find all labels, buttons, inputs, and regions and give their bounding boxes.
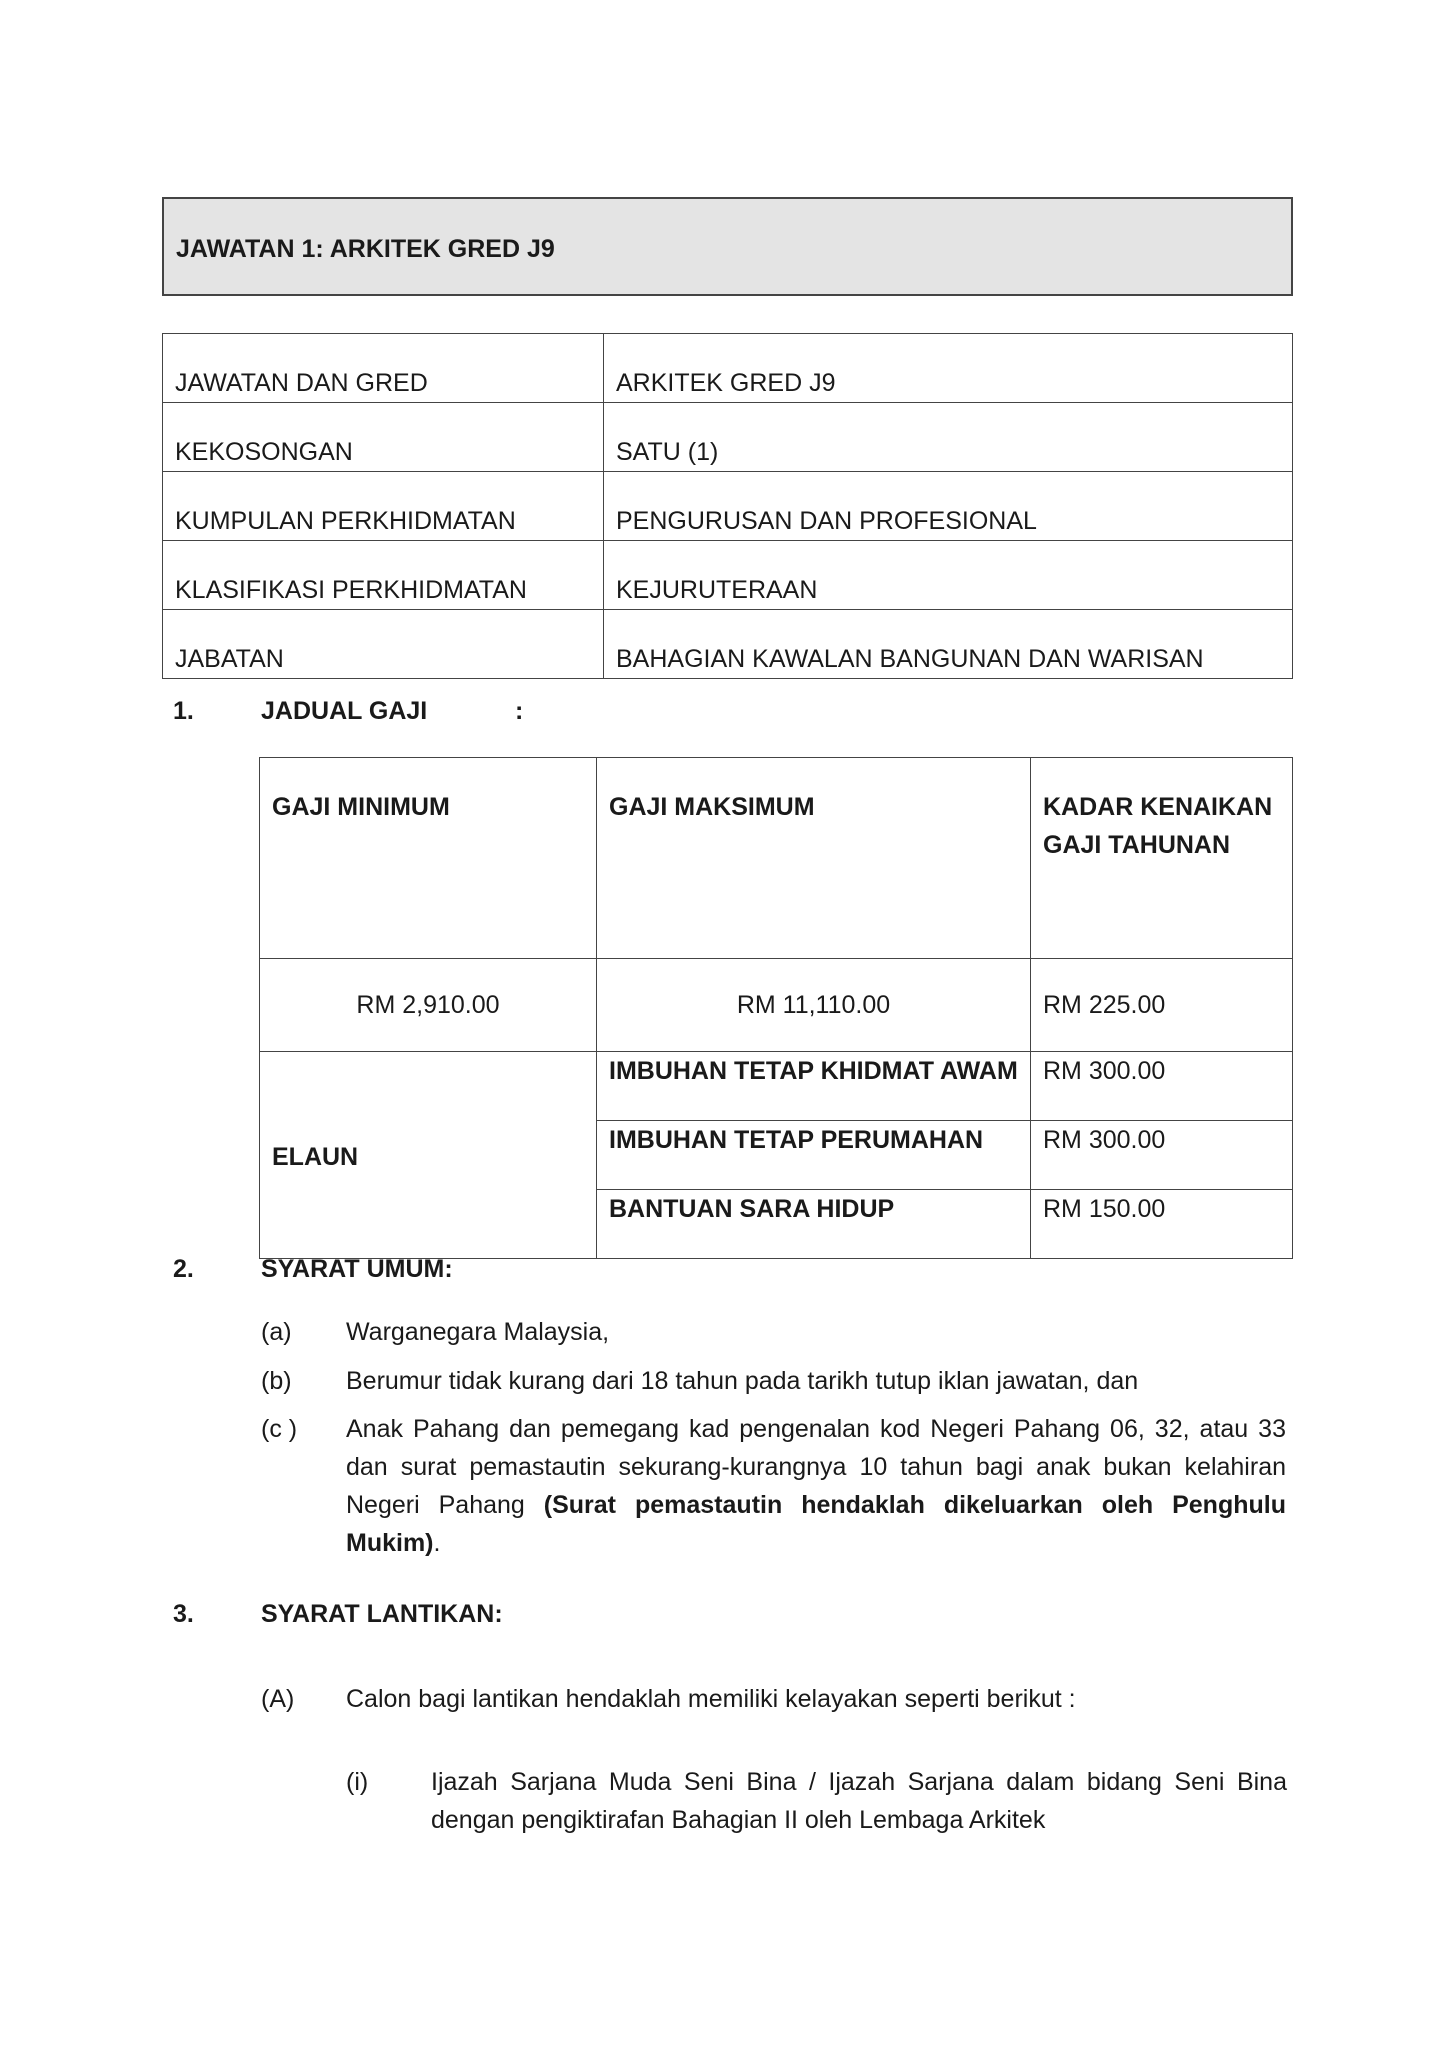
page-title: JAWATAN 1: ARKITEK GRED J9	[176, 235, 555, 264]
table-row: RM 2,910.00 RM 11,110.00 RM 225.00	[260, 959, 1293, 1052]
list-item: Warganegara Malaysia,	[346, 1313, 609, 1351]
title-box: JAWATAN 1: ARKITEK GRED J9	[162, 197, 1293, 296]
section-2-heading: SYARAT UMUM:	[261, 1255, 453, 1284]
allowance-label: ELAUN	[260, 1052, 597, 1259]
section-1-number: 1.	[173, 697, 194, 726]
table-row: KUMPULAN PERKHIDMATANPENGURUSAN DAN PROF…	[163, 472, 1293, 541]
list-marker: (a)	[261, 1313, 292, 1351]
section-1-heading: JADUAL GAJI	[261, 697, 427, 726]
table-row: KEKOSONGANSATU (1)	[163, 403, 1293, 472]
list-item: Anak Pahang dan pemegang kad pengenalan …	[346, 1410, 1286, 1562]
list-marker: (c )	[261, 1410, 297, 1448]
list-marker: (A)	[261, 1680, 294, 1718]
list-item: Berumur tidak kurang dari 18 tahun pada …	[346, 1362, 1138, 1400]
table-row: ELAUN IMBUHAN TETAP KHIDMAT AWAM RM 300.…	[260, 1052, 1293, 1121]
salary-table: GAJI MINIMUM GAJI MAKSIMUM KADAR KENAIKA…	[259, 757, 1293, 1259]
list-marker: (b)	[261, 1362, 292, 1400]
table-row: KLASIFIKASI PERKHIDMATANKEJURUTERAAN	[163, 541, 1293, 610]
table-row: JABATANBAHAGIAN KAWALAN BANGUNAN DAN WAR…	[163, 610, 1293, 679]
list-item: Ijazah Sarjana Muda Seni Bina / Ijazah S…	[431, 1763, 1287, 1839]
section-2-number: 2.	[173, 1255, 194, 1284]
table-row: JAWATAN DAN GREDARKITEK GRED J9	[163, 334, 1293, 403]
table-row: GAJI MINIMUM GAJI MAKSIMUM KADAR KENAIKA…	[260, 758, 1293, 959]
section-1-colon: :	[515, 697, 523, 726]
list-marker: (i)	[346, 1763, 368, 1801]
list-item: Calon bagi lantikan hendaklah memiliki k…	[346, 1680, 1076, 1718]
position-info-table: JAWATAN DAN GREDARKITEK GRED J9 KEKOSONG…	[162, 333, 1293, 679]
section-3-number: 3.	[173, 1600, 194, 1629]
section-3-heading: SYARAT LANTIKAN:	[261, 1600, 503, 1629]
